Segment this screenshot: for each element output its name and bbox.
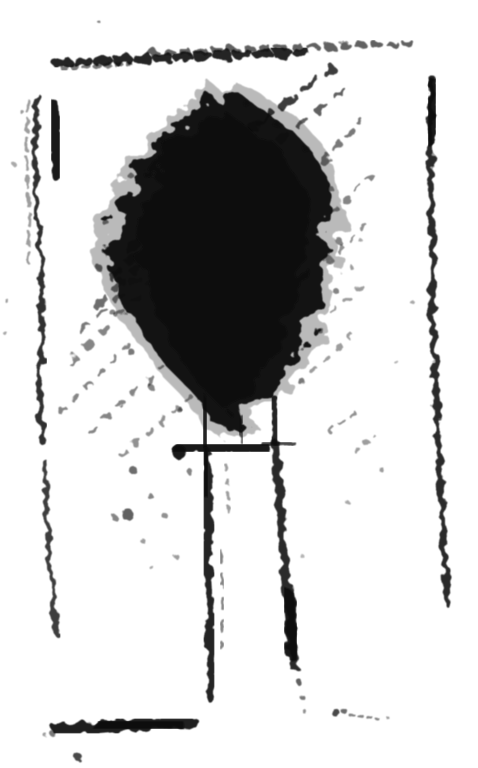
crown-edge-speck-4 bbox=[128, 349, 135, 356]
trunk-above-bar-mid bbox=[240, 416, 242, 441]
far-left-speck-3 bbox=[4, 298, 8, 302]
mid-speck-2 bbox=[147, 493, 153, 499]
left-leg-top-dark bbox=[205, 452, 207, 494]
bottom-under-dot bbox=[74, 753, 82, 761]
far-left-speck-2 bbox=[13, 163, 17, 167]
crown-edge-speck-8 bbox=[318, 328, 324, 334]
far-right-speck-2 bbox=[394, 360, 398, 364]
artwork-frame bbox=[0, 0, 478, 768]
mid-speck-6 bbox=[187, 469, 193, 475]
crown-edge-speck-3 bbox=[109, 309, 115, 315]
bottom-right-scribble-dot-c bbox=[388, 718, 391, 721]
crown-edge-speck-9 bbox=[333, 288, 339, 294]
far-right-speck-4 bbox=[345, 500, 349, 504]
easel-bar bbox=[180, 446, 264, 450]
crown-edge-speck-10 bbox=[336, 238, 343, 245]
crown-edge-speck-7 bbox=[298, 378, 305, 385]
crown-edge-speck-17 bbox=[350, 266, 354, 270]
far-right-speck-3 bbox=[380, 468, 385, 473]
right-border-top-thick bbox=[430, 84, 434, 140]
crown-edge-speck-16 bbox=[128, 173, 134, 179]
bottom-right-scribble-dot-a bbox=[332, 709, 340, 717]
far-right-speck-1 bbox=[410, 300, 414, 304]
crown-edge-speck-13 bbox=[273, 121, 279, 127]
right-leg-trail-dot-2 bbox=[300, 695, 305, 700]
far-right-speck-5 bbox=[300, 554, 304, 558]
far-left-speck-4 bbox=[2, 330, 6, 334]
mid-speck-5 bbox=[174, 554, 179, 559]
bottom-stroke-tail-dot-2 bbox=[43, 733, 47, 737]
crown-edge-speck-5 bbox=[148, 384, 154, 390]
right-leg-blotch bbox=[287, 595, 294, 655]
mid-speck-7 bbox=[112, 515, 118, 521]
mid-speck-8 bbox=[150, 566, 154, 570]
crown-edge-speck-11 bbox=[328, 186, 334, 192]
bottom-right-scribble-dot-b bbox=[341, 708, 347, 714]
trunk-above-bar-left bbox=[204, 400, 206, 446]
mid-speck-4 bbox=[141, 539, 146, 544]
trunk-above-bar-right bbox=[273, 398, 276, 442]
easel-bar-left-tip bbox=[172, 445, 186, 459]
far-left-speck-1 bbox=[20, 110, 24, 114]
left-thick-stroke bbox=[53, 106, 58, 175]
right-leg-trail-dot-3 bbox=[302, 709, 306, 713]
crown-edge-speck-1 bbox=[102, 219, 108, 225]
crown-edge-speck-6 bbox=[176, 406, 182, 412]
mid-speck-3 bbox=[162, 513, 168, 519]
crown-edge-speck-2 bbox=[96, 265, 103, 272]
crown-edge-speck-18 bbox=[358, 238, 362, 242]
bottom-stroke-core bbox=[100, 723, 175, 727]
sketch-canvas bbox=[0, 0, 478, 768]
bottom-stroke-tail-dot-1 bbox=[49, 730, 55, 736]
crown-edge-speck-15 bbox=[158, 136, 164, 142]
crown-edge-speck-12 bbox=[303, 146, 310, 153]
mid-speck-1 bbox=[129, 466, 137, 474]
right-leg-trail-dot-1 bbox=[296, 679, 302, 685]
mid-speck-blob bbox=[122, 509, 134, 521]
crown-edge-speck-14 bbox=[244, 101, 250, 107]
top-speck bbox=[97, 20, 100, 23]
